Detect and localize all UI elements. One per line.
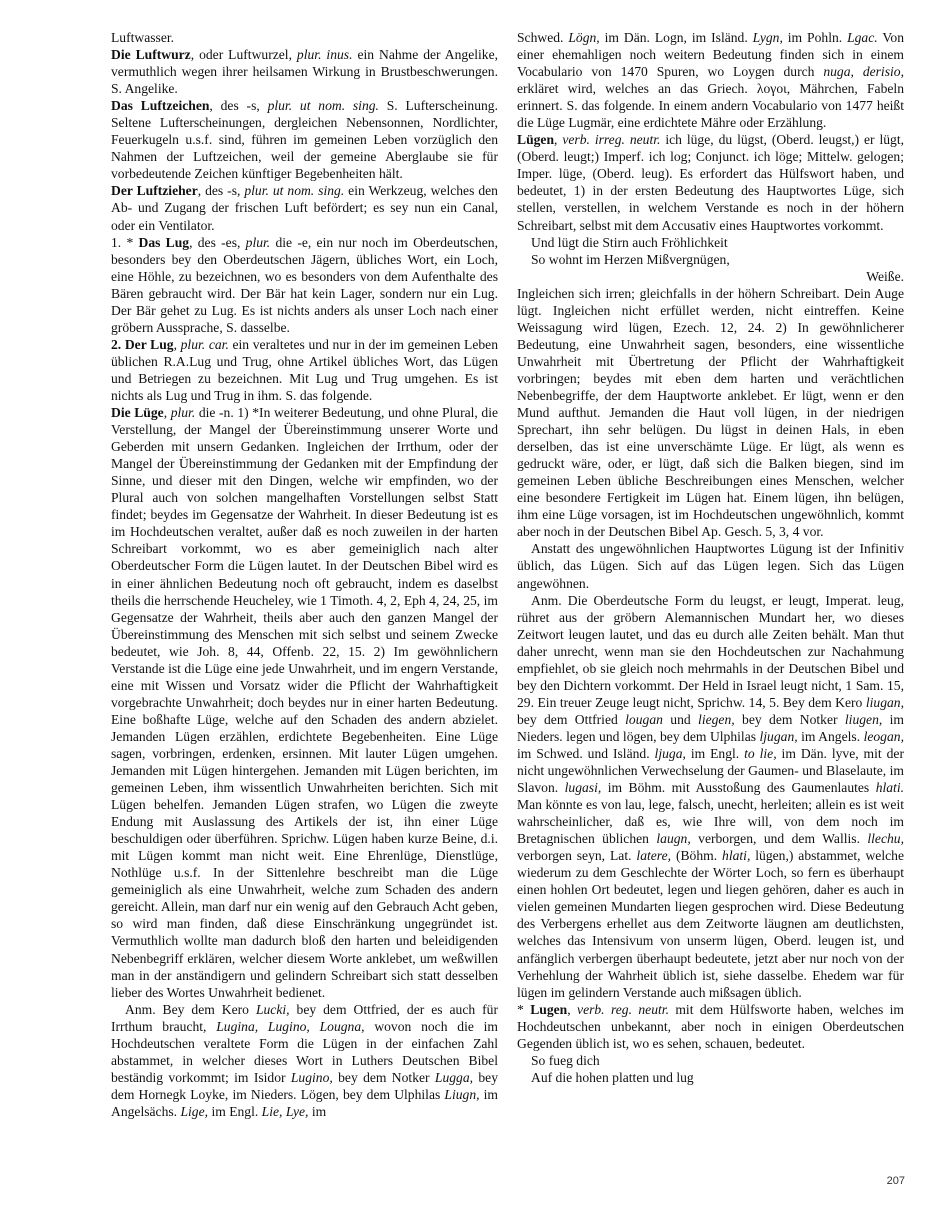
text-run: im bbox=[308, 1104, 326, 1119]
text-run: So fueg dich bbox=[531, 1053, 600, 1068]
text-run: und bbox=[663, 712, 698, 727]
entry-paragraph: Das Luftzeichen, des -s, plur. ut nom. s… bbox=[111, 97, 498, 182]
text-run: , bbox=[164, 405, 171, 420]
left-column: Luftwasser.Die Luftwurz, oder Luftwurzel… bbox=[111, 29, 498, 1120]
italic-term: latere, bbox=[636, 848, 671, 863]
text-run: die -n. 1) *In weiterer Bedeutung, und o… bbox=[111, 405, 498, 1000]
italic-term: plur. bbox=[171, 405, 196, 420]
text-run: Anstatt des ungewöhnlichen Hauptwortes L… bbox=[517, 541, 904, 590]
text-run: Anm. Die Oberdeutsche Form du leugst, er… bbox=[517, 593, 904, 710]
note-paragraph: Anstatt des ungewöhnlichen Hauptwortes L… bbox=[517, 540, 904, 591]
italic-term: ljugan, bbox=[760, 729, 798, 744]
text-run: lügen,) abstammet, welche wiederum zu de… bbox=[517, 848, 904, 999]
text-run: , bbox=[567, 1002, 577, 1017]
text-run: Schwed. bbox=[517, 30, 568, 45]
text-run: , des -es, bbox=[189, 235, 246, 250]
italic-term: plur. ut nom. sing. bbox=[268, 98, 379, 113]
text-run: im Dän. Logn, im Isländ. bbox=[600, 30, 753, 45]
headword: Das Lug bbox=[139, 235, 190, 250]
italic-term: Liugn, bbox=[444, 1087, 479, 1102]
text-run: bey dem Notker bbox=[333, 1070, 435, 1085]
italic-term: verb. reg. neutr. bbox=[577, 1002, 669, 1017]
text-run: So wohnt im Herzen Mißvergnügen, bbox=[531, 252, 730, 267]
italic-term: Lygn, bbox=[753, 30, 783, 45]
italic-term: liugen, bbox=[845, 712, 882, 727]
italic-term: leogan, bbox=[864, 729, 904, 744]
text-run: Und lügt die Stirn auch Fröhlichkeit bbox=[531, 235, 728, 250]
note-paragraph: Anm. Bey dem Kero Lucki, bey dem Ottfrie… bbox=[111, 1001, 498, 1120]
entry-paragraph: 1. * Das Lug, des -es, plur. die -e, ein… bbox=[111, 234, 498, 336]
entry-paragraph: Der Luftzieher, des -s, plur. ut nom. si… bbox=[111, 182, 498, 233]
italic-term: Lucki, bbox=[256, 1002, 290, 1017]
text-run: * bbox=[517, 1002, 530, 1017]
italic-term: plur. ut nom. sing. bbox=[244, 183, 344, 198]
text-run: Weiße. bbox=[866, 269, 904, 284]
italic-term: laugn, bbox=[656, 831, 690, 846]
verse-line: So fueg dich bbox=[517, 1052, 904, 1069]
text-run: bey dem Ottfried bbox=[517, 712, 625, 727]
text-run: im Angels. bbox=[798, 729, 864, 744]
verse-line: Auf die hohen platten und lug bbox=[517, 1069, 904, 1086]
text-run: erkläret wird, welches an das Griech. λο… bbox=[517, 81, 904, 130]
entry-paragraph: * Lugen, verb. reg. neutr. mit dem Hülfs… bbox=[517, 1001, 904, 1052]
italic-term: verb. irreg. neutr. bbox=[562, 132, 660, 147]
italic-term: liegen, bbox=[698, 712, 735, 727]
italic-term: llechu, bbox=[867, 831, 904, 846]
italic-term: Lögn, bbox=[568, 30, 599, 45]
italic-term: nuga, derisio, bbox=[823, 64, 904, 79]
right-column: Schwed. Lögn, im Dän. Logn, im Isländ. L… bbox=[517, 29, 904, 1086]
italic-term: plur. bbox=[246, 235, 271, 250]
headword: 2. Der Lug bbox=[111, 337, 174, 352]
text-run: Ingleichen sich irren; gleichfalls in de… bbox=[517, 286, 904, 540]
verse-line: Und lügt die Stirn auch Fröhlichkeit bbox=[517, 234, 904, 251]
headword: Das Luftzeichen bbox=[111, 98, 209, 113]
italic-term: lougan bbox=[625, 712, 663, 727]
page-number: 207 bbox=[870, 1175, 905, 1187]
text-run: im Pohln. bbox=[783, 30, 847, 45]
text-run: , des -s, bbox=[209, 98, 267, 113]
text-run: Luftwasser. bbox=[111, 30, 174, 45]
italic-term: plur. inus. bbox=[297, 47, 353, 62]
entry-paragraph: 2. Der Lug, plur. car. ein veraltetes un… bbox=[111, 336, 498, 404]
verse-line: So wohnt im Herzen Mißvergnügen, bbox=[517, 251, 904, 268]
text-run: ich lüge, du lügst, (Oberd. leugst,) er … bbox=[517, 132, 904, 232]
italic-term: to lie, bbox=[744, 746, 777, 761]
italic-term: liugan, bbox=[866, 695, 904, 710]
text-run: 1. * bbox=[111, 235, 139, 250]
text-run: verborgen, und dem Wallis. bbox=[691, 831, 868, 846]
text-run: bey dem Notker bbox=[735, 712, 845, 727]
headword: Der Luftzieher bbox=[111, 183, 198, 198]
entry-paragraph: Die Lüge, plur. die -n. 1) *In weiterer … bbox=[111, 404, 498, 1001]
entry-paragraph: Ingleichen sich irren; gleichfalls in de… bbox=[517, 285, 904, 541]
entry-paragraph: Luftwasser. bbox=[111, 29, 498, 46]
headword: Die Luftwurz bbox=[111, 47, 191, 62]
quote-attribution: Weiße. bbox=[517, 268, 904, 285]
text-run: im Böhm. mit Ausstoßung des Gaumenlautes bbox=[601, 780, 875, 795]
italic-term: plur. car. bbox=[181, 337, 229, 352]
italic-term: ljuga, bbox=[655, 746, 686, 761]
italic-term: hlati, bbox=[722, 848, 750, 863]
italic-term: Lgac. bbox=[847, 30, 878, 45]
text-run: Auf die hohen platten und lug bbox=[531, 1070, 694, 1085]
text-run: Anm. Bey dem Kero bbox=[125, 1002, 256, 1017]
entry-paragraph: Die Luftwurz, oder Luftwurzel, plur. inu… bbox=[111, 46, 498, 97]
italic-term: Lige, bbox=[180, 1104, 208, 1119]
text-run: , des -s, bbox=[198, 183, 245, 198]
italic-term: hlati. bbox=[876, 780, 904, 795]
text-run: , bbox=[174, 337, 181, 352]
italic-term: lugasi, bbox=[565, 780, 602, 795]
italic-term: Lie, Lye, bbox=[262, 1104, 309, 1119]
entry-paragraph: Schwed. Lögn, im Dän. Logn, im Isländ. L… bbox=[517, 29, 904, 131]
text-run: (Böhm. bbox=[671, 848, 722, 863]
dictionary-page: Luftwasser.Die Luftwurz, oder Luftwurzel… bbox=[0, 0, 935, 1210]
text-run: im Engl. bbox=[208, 1104, 262, 1119]
entry-paragraph: Lügen, verb. irreg. neutr. ich lüge, du … bbox=[517, 131, 904, 233]
italic-term: Lugina, Lugino, Lougna, bbox=[216, 1019, 364, 1034]
text-run: verborgen seyn, Lat. bbox=[517, 848, 636, 863]
headword: Die Lüge bbox=[111, 405, 164, 420]
note-paragraph: Anm. Die Oberdeutsche Form du leugst, er… bbox=[517, 592, 904, 1001]
italic-term: Lugino, bbox=[291, 1070, 333, 1085]
headword: Lügen bbox=[517, 132, 554, 147]
text-run: , oder Luftwurzel, bbox=[191, 47, 297, 62]
italic-term: Lugga, bbox=[435, 1070, 473, 1085]
headword: Lugen bbox=[530, 1002, 567, 1017]
text-run: im Schwed. und Isländ. bbox=[517, 746, 655, 761]
text-run: im Engl. bbox=[686, 746, 744, 761]
